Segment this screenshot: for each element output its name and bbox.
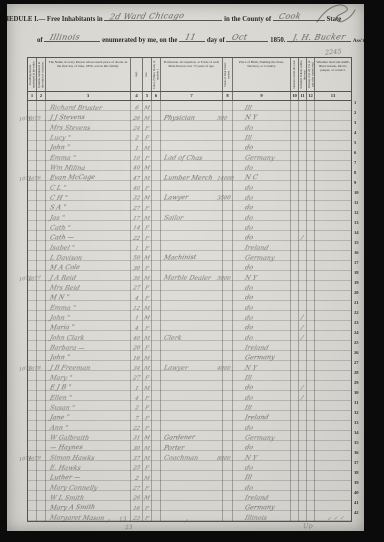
cell-remarks (315, 151, 351, 161)
cell-birth: do (233, 221, 291, 231)
cell-dw (28, 141, 37, 151)
table-row: Mary A Smith16FGermany (28, 501, 351, 511)
cell-married (291, 201, 299, 211)
cell-birth: Ireland (233, 491, 291, 501)
cell-read (307, 511, 315, 521)
cell-read (307, 131, 315, 141)
cell-read (307, 271, 315, 281)
day-handwriting: 11 (184, 33, 197, 42)
cell-fam (37, 511, 46, 521)
cell-dw (28, 261, 37, 271)
cell-married (291, 151, 299, 161)
cell-school (299, 131, 307, 141)
row-number: 17 (354, 258, 364, 268)
cell-read (307, 371, 315, 381)
cell-dw (28, 491, 37, 501)
table-row: 10711076Evan McCage47MLumber Merch14000N… (28, 171, 351, 181)
cell-val (223, 251, 233, 261)
cell-name: Jane " (46, 411, 131, 421)
cell-occ: Gardener (161, 431, 223, 441)
cell-married (291, 441, 299, 451)
cell-birth: do (233, 311, 291, 321)
column-number-birth: 9 (233, 92, 291, 100)
day-of-label: day of (207, 37, 225, 44)
cell-read (307, 441, 315, 451)
cell-val (223, 291, 233, 301)
cell-remarks (315, 451, 351, 461)
cell-school (299, 441, 307, 451)
cell-read (307, 321, 315, 331)
cell-married (291, 311, 299, 321)
cell-val (223, 151, 233, 161)
cell-name: Ann " (46, 421, 131, 431)
cell-remarks (315, 101, 351, 111)
cell-val: 3500 (223, 191, 233, 201)
cell-name: Emma " (46, 301, 131, 311)
row-number: 1 (354, 98, 364, 108)
cell-val (223, 401, 233, 411)
cell-fam (37, 351, 46, 361)
cell-dw (28, 241, 37, 251)
cell-color (152, 381, 161, 391)
cell-color (152, 511, 161, 521)
row-number: 9 (354, 178, 364, 188)
cell-name: Ellen " (46, 391, 131, 401)
cell-dw (28, 191, 37, 201)
cell-remarks (315, 211, 351, 221)
cell-dw (28, 431, 37, 441)
cell-occ (161, 381, 223, 391)
cell-dw (28, 131, 37, 141)
cell-birth: Ireland (233, 411, 291, 421)
cell-fam (37, 131, 46, 141)
row-number: 16 (354, 248, 364, 258)
cell-fam: 1079 (37, 451, 46, 461)
cell-val (223, 491, 233, 501)
row-number: 31 (354, 398, 364, 408)
cell-color (152, 451, 161, 461)
of-word: of (37, 37, 43, 44)
cell-fam (37, 101, 46, 111)
census-table: Dwelling-houses numbered in the order of… (27, 57, 352, 522)
cell-dw (28, 341, 37, 351)
column-header-fam: Families numbered in the order of visita… (37, 58, 46, 91)
cell-val: 4000 (223, 361, 233, 371)
cell-fam (37, 501, 46, 511)
cell-read (307, 101, 315, 111)
cell-read (307, 351, 315, 361)
row-number: 13 (354, 218, 364, 228)
cell-married (291, 491, 299, 501)
pencil-mark: ✓ (183, 518, 188, 525)
cell-val (223, 131, 233, 141)
cell-occ: Physician (161, 111, 223, 121)
cell-age: 2 (131, 401, 143, 411)
state-blank: Illinois (44, 33, 100, 42)
cell-occ (161, 301, 223, 311)
cell-school: / (299, 381, 307, 391)
cell-remarks (315, 361, 351, 371)
cell-birth: do (233, 141, 291, 151)
cell-name: S A " (46, 201, 131, 211)
cell-fam (37, 441, 46, 451)
cell-color (152, 321, 161, 331)
cell-fam (37, 251, 46, 261)
table-row: Mary Connelly27Fdo (28, 481, 351, 491)
cell-read (307, 461, 315, 471)
cell-school (299, 291, 307, 301)
cell-remarks (315, 171, 351, 181)
cell-name: Richard Bruster (46, 101, 131, 111)
cell-birth: Ill (233, 471, 291, 481)
cell-school (299, 461, 307, 471)
table-row: M A Cole30Fdo (28, 261, 351, 271)
row-number: 18 (354, 268, 364, 278)
cell-read (307, 401, 315, 411)
cell-read (307, 391, 315, 401)
cell-read (307, 191, 315, 201)
cell-birth: Ill (233, 401, 291, 411)
cell-read (307, 481, 315, 491)
cell-remarks (315, 111, 351, 121)
cell-fam (37, 261, 46, 271)
cell-birth: do (233, 121, 291, 131)
table-row: John Clark40MClerkdo/ (28, 331, 351, 341)
cell-birth: Germany (233, 431, 291, 441)
cell-color (152, 401, 161, 411)
row-number: 5 (354, 138, 364, 148)
cell-birth: do (233, 291, 291, 301)
cell-val (223, 231, 233, 241)
cell-married (291, 261, 299, 271)
cell-occ (161, 321, 223, 331)
table-row: Susan "2FIll (28, 401, 351, 411)
cell-fam (37, 391, 46, 401)
column-header-occ: Profession, Occupation, or Trade of each… (161, 58, 223, 91)
cell-fam (37, 381, 46, 391)
cell-val (223, 421, 233, 431)
table-row: Ellen "4Fdo/ (28, 391, 351, 401)
cell-remarks (315, 141, 351, 151)
row-number: 22 (354, 308, 364, 318)
column-number-sex: 5 (143, 92, 152, 100)
corner-page-note: 2245 (325, 47, 342, 56)
cell-school (299, 151, 307, 161)
cell-read (307, 451, 315, 461)
cell-color (152, 311, 161, 321)
cell-occ (161, 471, 223, 481)
cell-fam (37, 421, 46, 431)
cell-occ: Marble Dealer (161, 271, 223, 281)
cell-read (307, 121, 315, 131)
cell-married (291, 251, 299, 261)
table-row: Barbara —20FIreland (28, 341, 351, 351)
cell-dw (28, 291, 37, 301)
cell-color (152, 491, 161, 501)
row-number: 35 (354, 438, 364, 448)
cell-color (152, 441, 161, 451)
cell-fam (37, 221, 46, 231)
cell-color (152, 421, 161, 431)
cell-school (299, 101, 307, 111)
row-number: 38 (354, 468, 364, 478)
table-row: 10731078J B Freeman34MLawyer4000N Y (28, 361, 351, 371)
cell-birth: do (233, 281, 291, 291)
table-row: Cath —22Fdo/ (28, 231, 351, 241)
cell-school (299, 251, 307, 261)
cell-dw (28, 391, 37, 401)
cell-name: Jas " (46, 211, 131, 221)
cell-dw (28, 251, 37, 261)
table-row: 10701075J J Stevens26MPhysician500N Y (28, 111, 351, 121)
column-header-read: Persons over 20 y'rs of age who cannot r… (307, 58, 315, 91)
cell-color (152, 351, 161, 361)
cell-name: J A Reid (46, 271, 131, 281)
column-header-school: Attended School within the year. (299, 58, 307, 91)
cell-val (223, 311, 233, 321)
cell-occ (161, 131, 223, 141)
cell-birth: N Y (233, 111, 291, 121)
pencil-mark: 23 (125, 524, 133, 531)
table-row: 10721077J A Reid36MMarble Dealer5000N Y (28, 271, 351, 281)
column-header-color: Color, (White, black, or mulatto.) (152, 58, 161, 91)
table-row: Ann "22Fdo (28, 421, 351, 431)
cell-color (152, 471, 161, 481)
table-row: Jane "7FIreland (28, 411, 351, 421)
cell-married (291, 271, 299, 281)
table-row: Margaret Mason23FIllinois (28, 511, 351, 521)
cell-color (152, 371, 161, 381)
cell-married (291, 411, 299, 421)
cell-occ: Clerk (161, 331, 223, 341)
cell-occ: Sailor (161, 211, 223, 221)
header-line2-mid: enumerated by me, on the (102, 37, 177, 44)
cell-occ: Coachman (161, 451, 223, 461)
cell-val (223, 321, 233, 331)
cell-fam (37, 151, 46, 161)
cell-color (152, 121, 161, 131)
cell-fam (37, 481, 46, 491)
pencil-mark: 13 (119, 516, 127, 523)
cell-school (299, 471, 307, 481)
table-row: E J B "1Mdo/ (28, 381, 351, 391)
cell-val (223, 331, 233, 341)
column-header-married: Married within the year. (291, 58, 299, 91)
cell-occ: Lumber Merch (161, 171, 223, 181)
cell-val (223, 351, 233, 361)
cell-married (291, 141, 299, 151)
cell-birth: do (233, 201, 291, 211)
cell-birth: N Y (233, 361, 291, 371)
cell-occ (161, 481, 223, 491)
cell-name: Mary A Smith (46, 501, 131, 511)
cell-dw (28, 101, 37, 111)
column-number-read: 12 (307, 92, 315, 100)
cell-married (291, 511, 299, 521)
cell-birth: N C (233, 171, 291, 181)
year-label: 1850. (270, 37, 285, 44)
cell-fam (37, 471, 46, 481)
cell-fam (37, 311, 46, 321)
cell-married (291, 231, 299, 241)
cell-color (152, 161, 161, 171)
cell-married (291, 451, 299, 461)
cell-birth: do (233, 321, 291, 331)
cell-remarks (315, 231, 351, 241)
cell-val (223, 441, 233, 451)
cell-dw (28, 151, 37, 161)
cell-school (299, 281, 307, 291)
cell-name: L Davison (46, 251, 131, 261)
cell-color (152, 301, 161, 311)
pencil-scribble-icon (303, 4, 357, 30)
cell-read (307, 361, 315, 371)
cell-fam (37, 161, 46, 171)
table-row: L Davison50MMachinistGermany (28, 251, 351, 261)
cell-school (299, 301, 307, 311)
column-header-remarks: Whether deaf and dumb, blind, insane, id… (315, 58, 351, 91)
cell-married (291, 121, 299, 131)
cell-read (307, 331, 315, 341)
cell-school (299, 371, 307, 381)
cell-married (291, 241, 299, 251)
cell-color (152, 291, 161, 301)
cell-val (223, 241, 233, 251)
cell-school (299, 411, 307, 421)
cell-dw (28, 311, 37, 321)
cell-color (152, 411, 161, 421)
cell-remarks (315, 291, 351, 301)
cell-married (291, 481, 299, 491)
column-header-birth: Place of Birth, Naming the State, Territ… (233, 58, 291, 91)
cell-dw (28, 481, 37, 491)
cell-remarks (315, 431, 351, 441)
cell-fam (37, 191, 46, 201)
cell-school (299, 511, 307, 521)
pencil-mark: Up (303, 522, 313, 530)
cell-married (291, 471, 299, 481)
cell-fam (37, 201, 46, 211)
marshal-signature-handwriting: J. H. Bucker (292, 33, 347, 43)
cell-val (223, 511, 233, 521)
cell-val (223, 341, 233, 351)
cell-married (291, 181, 299, 191)
cell-remarks (315, 301, 351, 311)
cell-color (152, 431, 161, 441)
cell-color (152, 111, 161, 121)
cell-val (223, 501, 233, 511)
cell-remarks (315, 201, 351, 211)
cell-read (307, 411, 315, 421)
cell-remarks (315, 131, 351, 141)
cell-color (152, 341, 161, 351)
cell-read (307, 311, 315, 321)
cell-married (291, 211, 299, 221)
table-row: C H "32MLawyer3500do (28, 191, 351, 201)
cell-dw (28, 231, 37, 241)
cell-married (291, 281, 299, 291)
row-number: 36 (354, 448, 364, 458)
ward-city-blank: 2d Ward Chicago (104, 12, 222, 21)
cell-name: M N " (46, 291, 131, 301)
cell-fam (37, 431, 46, 441)
cell-married (291, 101, 299, 111)
table-row: Richard Bruster6MIll (28, 101, 351, 111)
cell-color (152, 171, 161, 181)
cell-school (299, 211, 307, 221)
cell-val (223, 261, 233, 271)
cell-married (291, 421, 299, 431)
row-number: 21 (354, 298, 364, 308)
cell-fam (37, 331, 46, 341)
cell-married (291, 331, 299, 341)
table-row: — Haynes30MPorterdo (28, 441, 351, 451)
cell-married (291, 191, 299, 201)
row-number: 10 (354, 188, 364, 198)
row-number: 11 (354, 198, 364, 208)
table-row: W Galbraith31MGardenerGermany (28, 431, 351, 441)
cell-married (291, 381, 299, 391)
cell-name: Cath — (46, 231, 131, 241)
cell-school (299, 431, 307, 441)
cell-val: 8000 (223, 451, 233, 461)
cell-remarks (315, 221, 351, 231)
table-row: Isabel "1FIreland (28, 241, 351, 251)
cell-remarks (315, 121, 351, 131)
cell-married (291, 401, 299, 411)
cell-occ: Lawyer (161, 191, 223, 201)
cell-married (291, 291, 299, 301)
row-number: 19 (354, 278, 364, 288)
cell-read (307, 141, 315, 151)
cell-read (307, 381, 315, 391)
cell-married (291, 341, 299, 351)
cell-color (152, 101, 161, 111)
cell-occ (161, 501, 223, 511)
marshal-label: Ass't Marshal. (353, 38, 364, 44)
cell-school (299, 421, 307, 431)
cell-read (307, 231, 315, 241)
row-number: 12 (354, 208, 364, 218)
cell-val (223, 391, 233, 401)
cell-birth: Ill (233, 131, 291, 141)
cell-remarks (315, 261, 351, 271)
cell-fam: 1075 (37, 111, 46, 121)
row-number: 41 (354, 498, 364, 508)
row-number: 24 (354, 328, 364, 338)
cell-remarks (315, 161, 351, 171)
cell-read (307, 431, 315, 441)
cell-school (299, 141, 307, 151)
row-number: 6 (354, 148, 364, 158)
cell-married (291, 461, 299, 471)
row-number: 20 (354, 288, 364, 298)
row-number: 37 (354, 458, 364, 468)
table-row: Maria "4Fdo/ (28, 321, 351, 331)
cell-color (152, 261, 161, 271)
cell-remarks (315, 351, 351, 361)
column-header-age: Age. (131, 58, 143, 91)
cell-name: John " (46, 141, 131, 151)
cell-fam (37, 341, 46, 351)
cell-dw (28, 501, 37, 511)
cell-name: Evan McCage (46, 171, 131, 181)
cell-married (291, 131, 299, 141)
cell-birth: do (233, 191, 291, 201)
row-number: 40 (354, 488, 364, 498)
column-header-name: The Name of every Person whose usual pla… (46, 58, 131, 91)
cell-occ (161, 401, 223, 411)
